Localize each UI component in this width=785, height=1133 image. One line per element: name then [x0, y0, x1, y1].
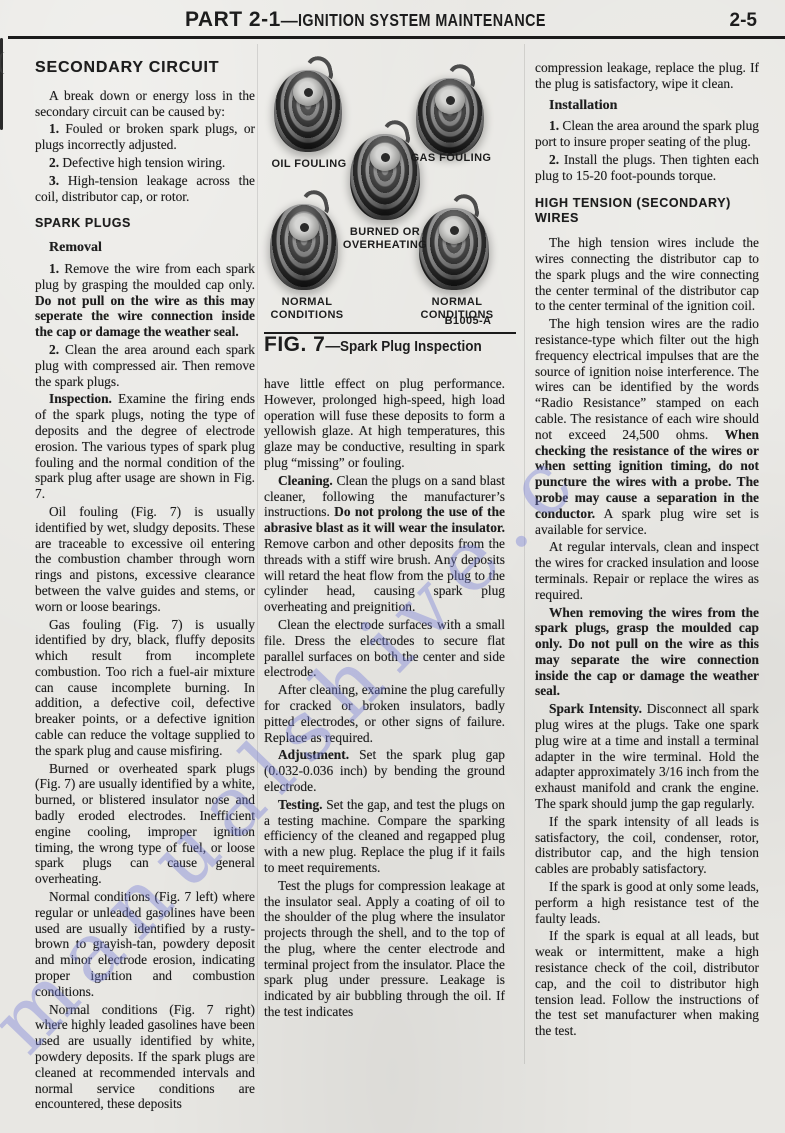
figure-caption-title: Spark Plug Inspection [340, 339, 482, 355]
left-col-paragraph-1: A break down or energy loss in the secon… [35, 88, 255, 120]
column-middle: OIL FOULING GAS FOULING BURNED OR OVERHE… [264, 46, 505, 1022]
column-divider-right [524, 44, 525, 1064]
left-col-run-heading-6: Removal [35, 240, 255, 256]
left-col-paragraph-13: Normal conditions (Fig. 7 left) where re… [35, 889, 255, 1000]
spark-plug-photo-burned [350, 124, 420, 220]
plug-insulator [289, 213, 319, 241]
middle-col-paragraph-4: Adjustment. Set the spark plug gap (0.03… [264, 747, 505, 794]
column-right: compression leakage, replace the plug. I… [535, 60, 759, 1041]
middle-col-paragraph-2: Clean the electrode surfaces with a smal… [264, 617, 505, 680]
middle-col-paragraph-1: Cleaning. Clean the plugs on a sand blas… [264, 473, 505, 615]
page-number: 2-5 [730, 10, 757, 32]
column-divider-left [257, 44, 258, 1064]
left-col-paragraph-9: Inspection. Examine the firing ends of t… [35, 391, 255, 502]
left-col-paragraph-14: Normal conditions (Fig. 7 right) where h… [35, 1002, 255, 1113]
plug-insulator [435, 86, 465, 114]
right-col-list-item-2: 1. Clean the area around the spark plug … [535, 118, 759, 150]
scan-paren-artifact [0, 52, 11, 74]
right-col-paragraph-5: The high tension wires include the wires… [535, 235, 759, 314]
middle-col-paragraph-6: Test the plugs for compression leakage a… [264, 878, 505, 1020]
left-col-paragraph-11: Gas fouling (Fig. 7) is usually identifi… [35, 617, 255, 759]
figure-label-oil-fouling: OIL FOULING [266, 158, 352, 171]
spark-plug-photo-oil-fouling [274, 60, 342, 152]
right-col-run-heading-1: Installation [535, 98, 759, 114]
left-col-paragraph-10: Oil fouling (Fig. 7) is usually identifi… [35, 504, 255, 615]
page-header: PART 2-1—IGNITION SYSTEM MAINTENANCE [0, 8, 785, 32]
left-col-list-item-2: 1. Fouled or broken spark plugs, or plug… [35, 121, 255, 153]
header-rule [8, 36, 785, 39]
middle-col-paragraph-5: Testing. Set the gap, and test the plugs… [264, 797, 505, 876]
right-col-paragraph-9: Spark Intensity. Disconnect all spark pl… [535, 701, 759, 812]
plug-center-electrode [450, 226, 459, 235]
figure-label-burned: BURNED OR OVERHEATING [326, 226, 444, 252]
plug-center-electrode [381, 153, 390, 162]
left-col-list-item-8: 2. Clean the area around each spark plug… [35, 342, 255, 389]
right-col-minor-heading-4: HIGH TENSION (SECONDARY) WIRES [535, 196, 759, 228]
figure-code: B1005-A [422, 314, 514, 330]
manual-page: PART 2-1—IGNITION SYSTEM MAINTENANCE 2-5… [0, 0, 785, 1133]
plug-center-electrode [446, 96, 455, 105]
right-col-paragraph-8: When removing the wires from the spark p… [535, 605, 759, 700]
right-col-paragraph-6: The high tension wires are the radio res… [535, 316, 759, 537]
middle-col-paragraph-3: After cleaning, examine the plug careful… [264, 682, 505, 745]
figure-caption: FIG. 7—Spark Plug Inspection [264, 337, 498, 355]
column-left: SECONDARY CIRCUITA break down or energy … [35, 60, 255, 1114]
header-dash: — [281, 11, 298, 30]
plug-center-electrode [300, 223, 309, 232]
middle-col-paragraph-noindent-0: have little effect on plug performance. … [264, 376, 505, 471]
left-col-paragraph-12: Burned or overheated spark plugs (Fig. 7… [35, 761, 255, 887]
plug-insulator [370, 143, 400, 171]
right-col-paragraph-10: If the spark intensity of all leads is s… [535, 814, 759, 877]
right-col-paragraph-11: If the spark is good at only some leads,… [535, 879, 759, 926]
left-col-list-item-7: 1. Remove the wire from each spark plug … [35, 261, 255, 340]
figure-caption-dash: — [325, 338, 340, 355]
left-col-section-heading-0: SECONDARY CIRCUIT [35, 60, 255, 76]
figure-spark-plug-inspection: OIL FOULING GAS FOULING BURNED OR OVERHE… [264, 46, 520, 368]
left-col-list-item-3: 2. Defective high tension wiring. [35, 155, 255, 171]
figure-label-gas-fouling: GAS FOULING [408, 152, 494, 165]
part-number: PART 2-1 [185, 8, 281, 31]
page-title: IGNITION SYSTEM MAINTENANCE [298, 10, 546, 31]
plug-center-electrode [304, 88, 313, 97]
right-col-paragraph-noindent-0: compression leakage, replace the plug. I… [535, 60, 759, 92]
spark-plug-photo-gas-fouling [416, 68, 484, 156]
right-col-list-item-3: 2. Install the plugs. Then tighten each … [535, 152, 759, 184]
right-col-paragraph-12: If the spark is equal at all leads, but … [535, 928, 759, 1039]
figure-label-normal-left: NORMAL CONDITIONS [264, 296, 350, 322]
right-col-paragraph-7: At regular intervals, clean and inspect … [535, 539, 759, 602]
left-col-list-item-4: 3. High-tension leakage across the coil,… [35, 173, 255, 205]
left-col-minor-heading-5: SPARK PLUGS [35, 216, 255, 232]
figure-number: FIG. 7 [264, 333, 325, 356]
